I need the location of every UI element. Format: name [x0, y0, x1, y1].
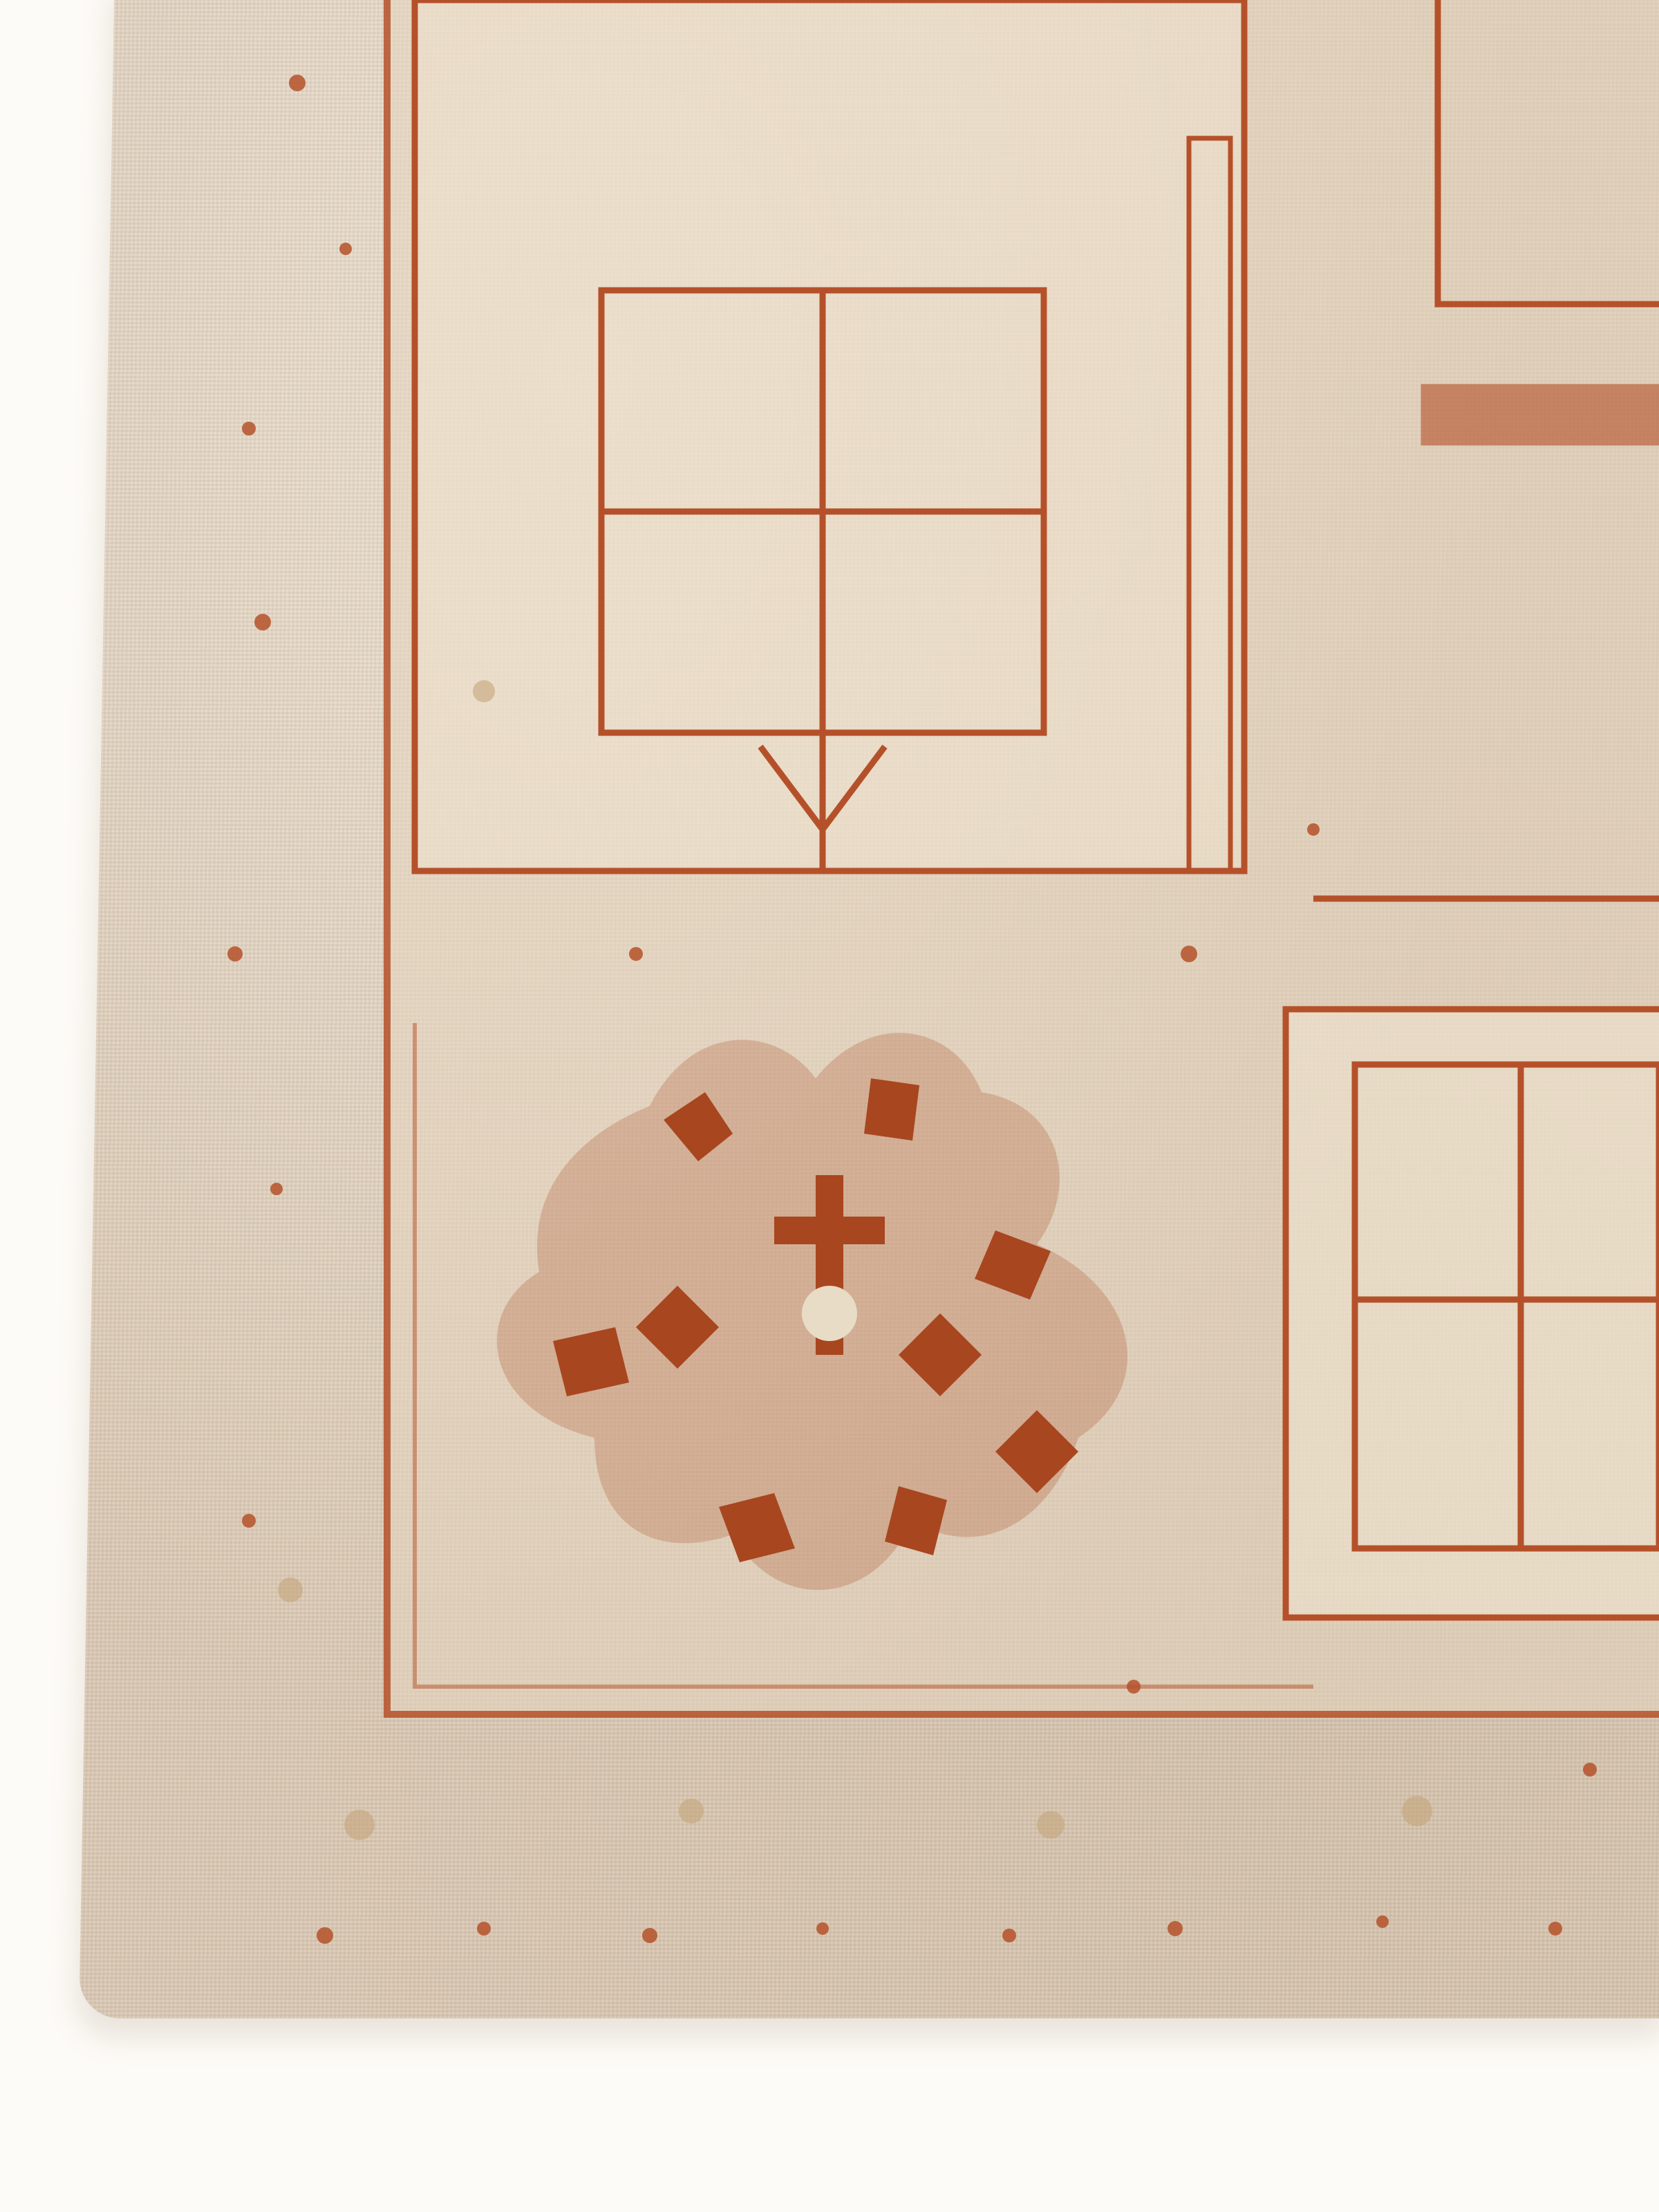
rug-pattern — [0, 0, 1659, 2212]
photo-scene — [0, 0, 1659, 2212]
panel-right — [1286, 1009, 1659, 1618]
panel-upper-left — [415, 0, 1244, 871]
